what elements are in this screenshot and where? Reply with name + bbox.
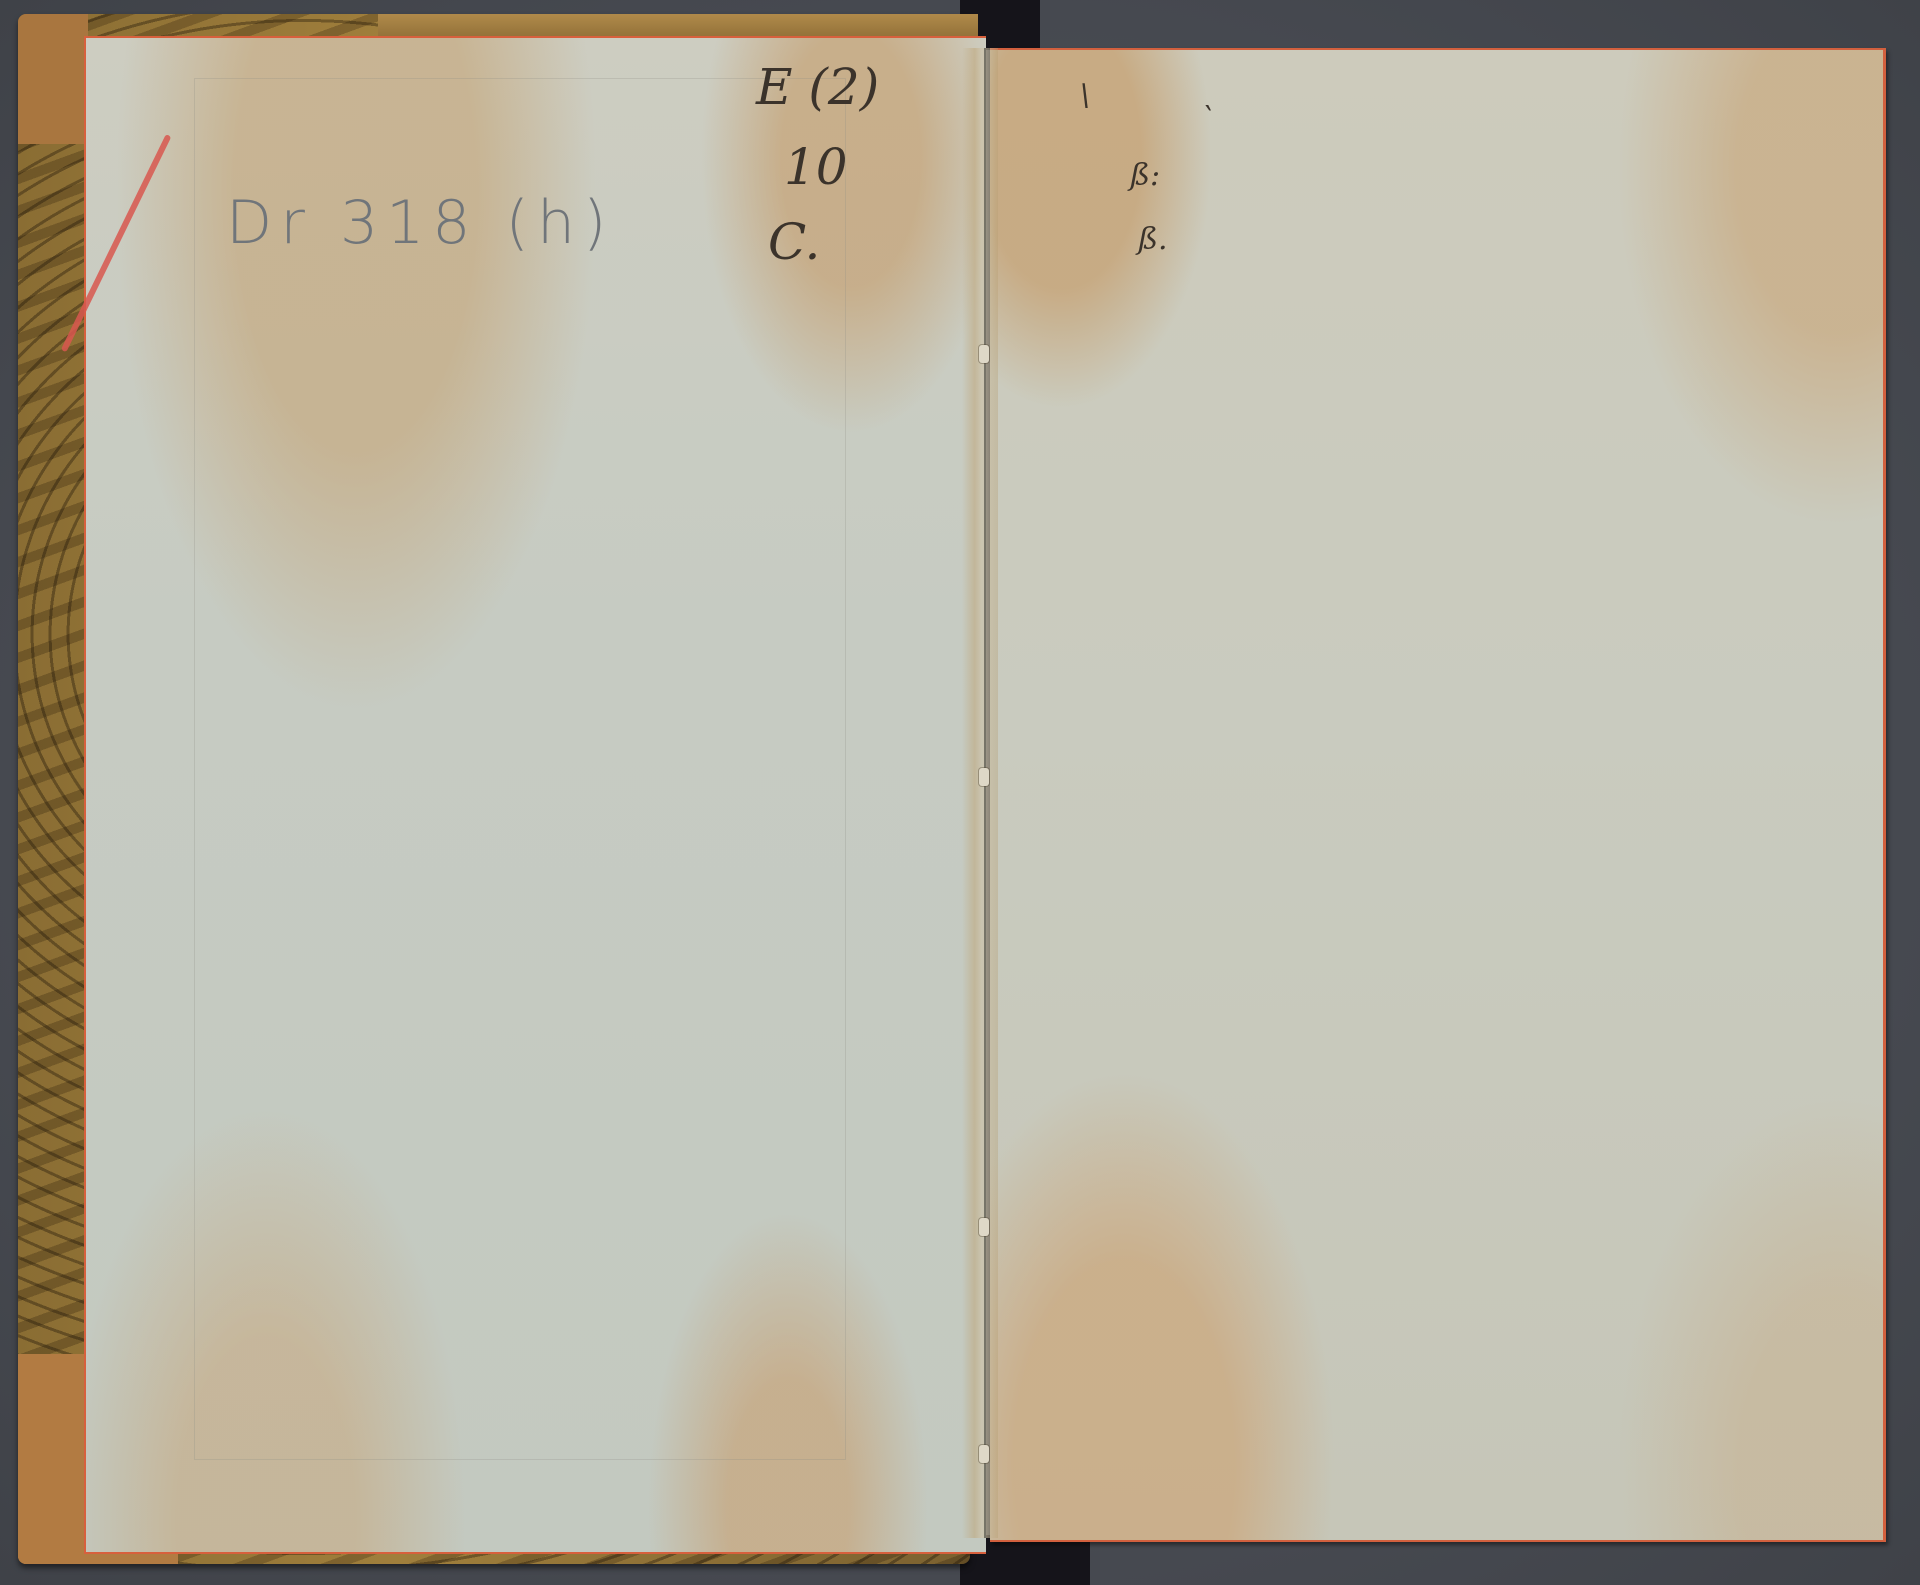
ink-note-line-3: C. bbox=[768, 213, 820, 271]
ink-mark-4: ß. bbox=[1138, 222, 1168, 257]
leather-corner-top-left bbox=[18, 14, 88, 144]
binding-stitch bbox=[979, 1445, 989, 1463]
binding-stitch bbox=[979, 768, 989, 786]
ink-mark-2: ` bbox=[1200, 102, 1215, 137]
ink-mark-1: \ bbox=[1080, 78, 1090, 113]
pencil-shelfmark: Dr 318 (h) bbox=[226, 188, 614, 258]
plate-impression-outline bbox=[194, 78, 846, 1460]
binding-stitch bbox=[979, 1218, 989, 1236]
right-flyleaf-page: \ ` ß: ß. bbox=[990, 48, 1886, 1542]
leather-corner-bottom-left bbox=[18, 1354, 88, 1564]
ink-mark-3: ß: bbox=[1130, 158, 1160, 193]
ink-note-line-1: E (2) bbox=[756, 58, 879, 116]
left-pastedown-page: Dr 318 (h) E (2) 10 C. bbox=[84, 36, 986, 1554]
ink-note-line-2: 10 bbox=[784, 138, 848, 196]
spine-gutter bbox=[962, 48, 998, 1538]
gutter-fold-line bbox=[984, 48, 986, 1538]
binding-stitch bbox=[979, 345, 989, 363]
